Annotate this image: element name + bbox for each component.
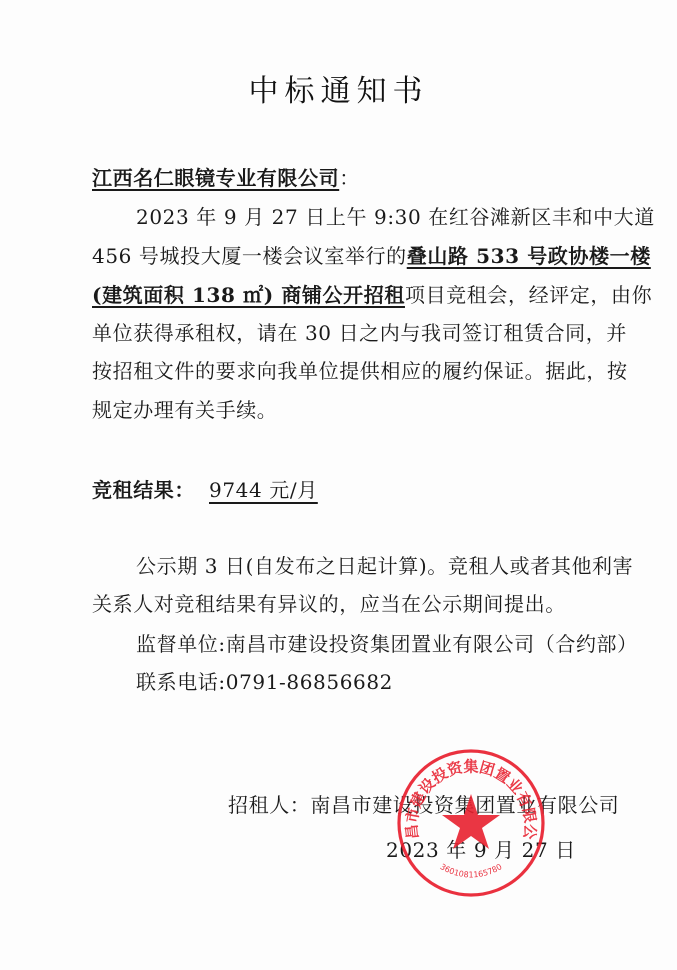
notice-line-1: 公示期 3 日(自发布之日起计算)。竞租人或者其他利害: [136, 554, 633, 578]
body-line-6: 规定办理有关手续。: [92, 398, 277, 422]
body-line-2: 456 号城投大厦一楼会议室举行的叠山路 533 号政协楼一楼: [92, 244, 651, 268]
seal-star-icon: [442, 794, 500, 849]
document-page: 中标通知书 江西名仁眼镜专业有限公司： 2023 年 9 月 27 日上午 9:…: [0, 0, 677, 970]
supervisor-label: 监督单位:: [136, 632, 226, 656]
property-description: (建筑面积 138 ㎡) 商铺公开招租: [92, 283, 405, 307]
supervisor-line: 监督单位:南昌市建设投资集团置业有限公司（合约部）: [136, 632, 638, 656]
property-address: 叠山路 533 号政协楼一楼: [407, 244, 651, 268]
document-title: 中标通知书: [0, 66, 677, 110]
contact-line: 联系电话:0791-86856682: [136, 670, 393, 694]
body-line-1: 2023 年 9 月 27 日上午 9:30 在红谷滩新区丰和中大道: [136, 205, 655, 229]
supervisor-value: 南昌市建设投资集团置业有限公司（合约部）: [226, 632, 638, 656]
addressee-name: 江西名仁眼镜专业有限公司: [92, 166, 339, 190]
result-value: 9744 元/月: [195, 478, 340, 502]
company-seal-stamp: 南昌市建设投资集团置业有限公司 3601081165780: [396, 748, 546, 898]
result-label: 竞租结果：: [92, 478, 195, 502]
body-line-3: (建筑面积 138 ㎡) 商铺公开招租项目竞租会，经评定，由你: [92, 283, 652, 307]
body-line-4: 单位获得承租权，请在 30 日之内与我司签订租赁合同，并: [92, 321, 627, 345]
body-line-5: 按招租文件的要求向我单位提供相应的履约保证。据此，按: [92, 359, 628, 383]
result-line: 竞租结果：9744 元/月: [92, 478, 340, 502]
addressee-line: 江西名仁眼镜专业有限公司：: [92, 166, 360, 190]
seal-code: 3601081165780: [438, 862, 503, 879]
addressee-colon: ：: [339, 166, 360, 190]
body-line-3-plain: 项目竞租会，经评定，由你: [405, 283, 652, 307]
contact-phone: 0791-86856682: [226, 670, 393, 694]
notice-line-2: 关系人对竞租结果有异议的，应当在公示期间提出。: [92, 592, 566, 616]
signer-label: 招租人：: [228, 793, 310, 817]
body-line-2-plain: 456 号城投大厦一楼会议室举行的: [92, 244, 407, 268]
contact-label: 联系电话:: [136, 670, 226, 694]
